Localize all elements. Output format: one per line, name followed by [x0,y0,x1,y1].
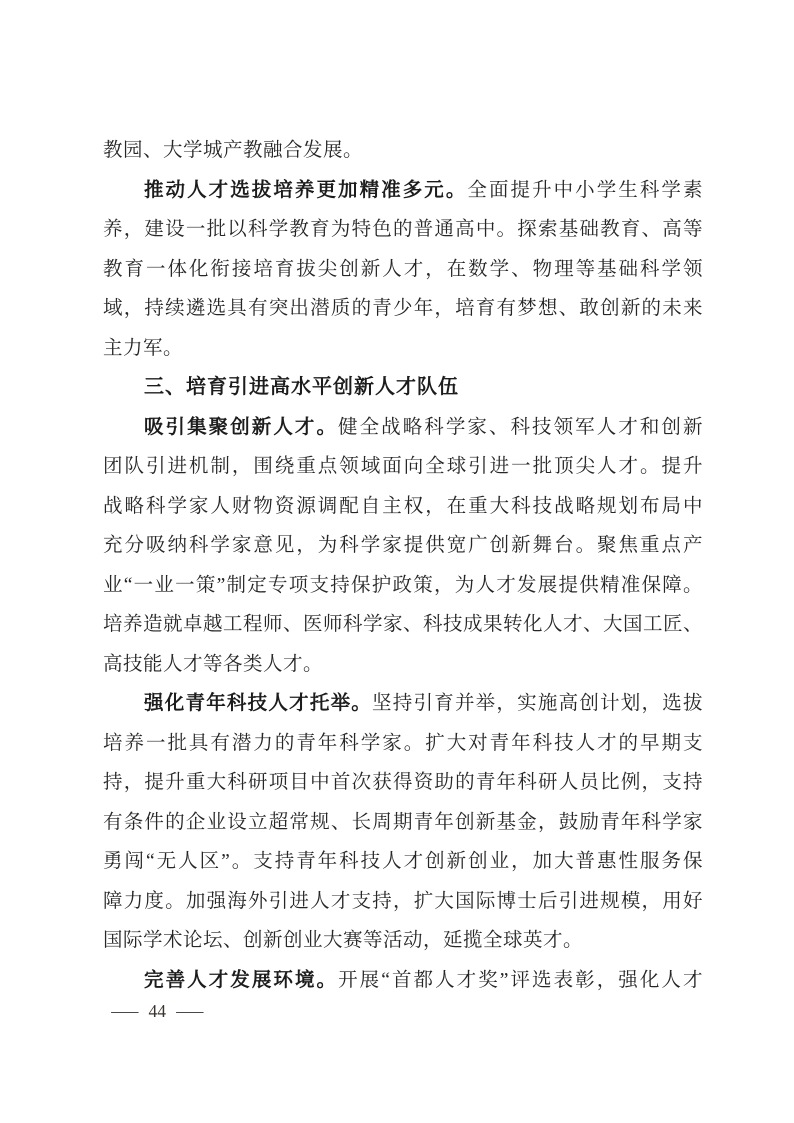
body-text: 勇闯“无人区”。支持青年科技人才创新创业，加大普惠性服务保 [103,851,703,872]
body-text: 业“一业一策”制定专项支持保护政策，为人才发展提供精准保障。 [103,575,703,596]
body-text: 教育一体化衔接培育拔尖创新人才，在数学、物理等基础科学领 [103,259,703,280]
body-text: 养，建设一批以科学教育为特色的普通高中。探索基础教育、高等 [103,219,703,240]
body-text: 域，持续遴选具有突出潜质的青少年，培育有梦想、敢创新的未来 [103,298,703,319]
text-line: 培养造就卓越工程师、医师科学家、科技成果转化人才、大国工匠、 [103,605,703,645]
text-line: 强化青年科技人才托举。坚持引育并举，实施高创计划，选拔 [103,684,703,724]
body-text: 培养一批具有潜力的青年科学家。扩大对青年科技人才的早期支 [103,733,703,754]
text-line: 高技能人才等各类人才。 [103,645,703,685]
document-page: 教园、大学城产教融合发展。推动人才选拔培养更加精准多元。全面提升中小学生科学素养… [0,0,794,1123]
body-text: 有条件的企业设立超常规、长周期青年创新基金，鼓励青年科学家 [103,812,703,833]
emphasis-text: 推动人才选拔培养更加精准多元。 [144,180,467,201]
body-text: 教园、大学城产教融合发展。 [103,140,363,161]
body-text: 健全战略科学家、科技领军人才和创新 [338,417,703,438]
body-text: 充分吸纳科学家意见，为科学家提供宽广创新舞台。聚焦重点产 [103,535,703,556]
text-line: 业“一业一策”制定专项支持保护政策，为人才发展提供精准保障。 [103,566,703,606]
body-text: 高技能人才等各类人才。 [103,654,323,675]
footer-dash-left: — [111,1001,138,1022]
body-text: 持，提升重大科研项目中首次获得资助的青年科研人员比例，支持 [103,772,703,793]
text-line: 战略科学家人财物资源调配自主权，在重大科技战略规划布局中 [103,487,703,527]
body-text: 培养造就卓越工程师、医师科学家、科技成果转化人才、大国工匠、 [103,614,703,635]
text-line: 培养一批具有潜力的青年科学家。扩大对青年科技人才的早期支 [103,724,703,764]
text-line: 域，持续遴选具有突出潜质的青少年，培育有梦想、敢创新的未来 [103,289,703,329]
emphasis-text: 吸引集聚创新人才。 [144,417,338,438]
section-heading: 三、培育引进高水平创新人才队伍 [103,368,703,408]
body-text: 全面提升中小学生科学素 [467,180,703,201]
body-text: 国际学术论坛、创新创业大赛等活动，延揽全球英才。 [103,930,583,951]
body-text: 主力军。 [103,338,183,359]
text-line: 教园、大学城产教融合发展。 [103,131,703,171]
emphasis-text: 完善人才发展环境。 [144,970,338,991]
body-text: 障力度。加强海外引进人才支持，扩大国际博士后引进规模，用好 [103,891,703,912]
text-line: 障力度。加强海外引进人才支持，扩大国际博士后引进规模，用好 [103,882,703,922]
text-line: 持，提升重大科研项目中首次获得资助的青年科研人员比例，支持 [103,763,703,803]
text-line: 团队引进机制，围绕重点领域面向全球引进一批顶尖人才。提升 [103,447,703,487]
page-footer: — 44 — [116,1001,199,1022]
text-line: 推动人才选拔培养更加精准多元。全面提升中小学生科学素 [103,171,703,211]
text-line: 国际学术论坛、创新创业大赛等活动，延揽全球英才。 [103,921,703,961]
text-line: 教育一体化衔接培育拔尖创新人才，在数学、物理等基础科学领 [103,250,703,290]
body-text: 开展“首都人才奖”评选表彰，强化人才 [338,970,703,991]
body-text: 战略科学家人财物资源调配自主权，在重大科技战略规划布局中 [103,496,703,517]
footer-page-number: 44 [149,1001,167,1022]
body-text: 坚持引育并举，实施高创计划，选拔 [372,693,703,714]
text-line: 养，建设一批以科学教育为特色的普通高中。探索基础教育、高等 [103,210,703,250]
text-line: 有条件的企业设立超常规、长周期青年创新基金，鼓励青年科学家 [103,803,703,843]
body-text: 团队引进机制，围绕重点领域面向全球引进一批顶尖人才。提升 [103,456,703,477]
text-line: 完善人才发展环境。开展“首都人才奖”评选表彰，强化人才 [103,961,703,1001]
text-line: 吸引集聚创新人才。健全战略科学家、科技领军人才和创新 [103,408,703,448]
text-line: 充分吸纳科学家意见，为科学家提供宽广创新舞台。聚焦重点产 [103,526,703,566]
document-body: 教园、大学城产教融合发展。推动人才选拔培养更加精准多元。全面提升中小学生科学素养… [103,131,703,1000]
text-line: 主力军。 [103,329,703,369]
emphasis-text: 三、培育引进高水平创新人才队伍 [144,376,459,398]
text-line: 勇闯“无人区”。支持青年科技人才创新创业，加大普惠性服务保 [103,842,703,882]
emphasis-text: 强化青年科技人才托举。 [144,693,372,714]
footer-dash-right: — [176,1001,203,1022]
